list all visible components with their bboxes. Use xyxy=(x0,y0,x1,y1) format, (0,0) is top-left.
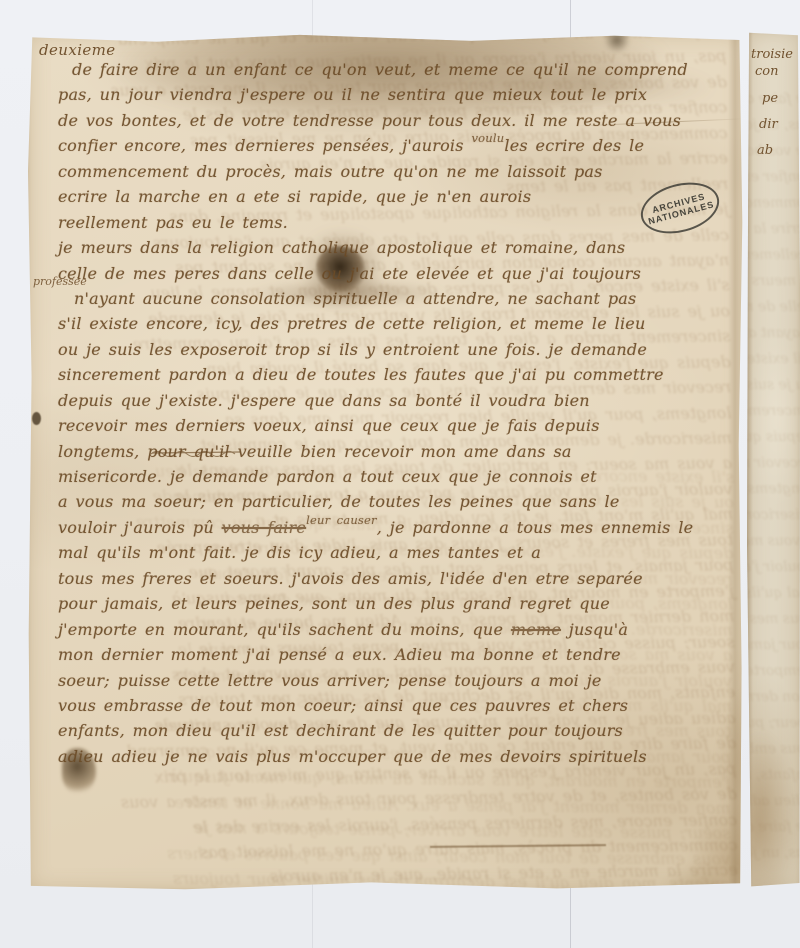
showthrough-line: j'emporte en mourant, qu'ils sachent du … xyxy=(747,663,800,689)
letter-line: tous mes freres et soeurs. j'avois des a… xyxy=(58,569,734,594)
letter-line: je meurs dans la religion catholique apo… xyxy=(58,238,734,263)
letter-line: sincerement pardon a dieu de toutes les … xyxy=(58,365,734,390)
showthrough-line: de vos bontes, et de votre tendresse pou… xyxy=(47,784,737,819)
showthrough-line: depuis que j'existe. j'espere que dans s… xyxy=(747,429,800,455)
letter-sheet-page-three-edge: de faire dire a un enfant ce qu'on veut,… xyxy=(747,31,800,889)
showthrough-line: ecrire la marche en a ete si rapide, que… xyxy=(48,861,738,891)
letter-struck-text: meme xyxy=(511,620,561,639)
showthrough-line: commencement du procès, mais outre qu'on… xyxy=(47,835,737,870)
fragment-word: con xyxy=(755,64,778,79)
letter-above-text: leur causer xyxy=(306,513,377,527)
letter-text: vouloir j'aurois pû xyxy=(58,518,222,537)
letter-line: soeur; puisse cette lettre vous arriver;… xyxy=(58,671,734,696)
letter-line: mon dernier moment j'ai pensé a eux. Adi… xyxy=(58,645,734,670)
fragment-word: troisie xyxy=(751,47,793,62)
letter-line: depuis que j'existe. j'espere que dans s… xyxy=(58,391,734,416)
margin-insertion-note: professée xyxy=(33,275,87,288)
showthrough-line: de faire dire a un enfant ce qu'on veut,… xyxy=(36,34,726,56)
showthrough-line: soeur; puisse cette lettre vous arriver;… xyxy=(747,715,800,741)
showthrough-line: commencement du procès, mais outre qu'on… xyxy=(747,195,800,221)
letter-line: recevoir mes derniers voeux, ainsi que c… xyxy=(58,416,734,441)
showthrough-line: ecrire la marche en a ete si rapide, que… xyxy=(747,221,800,247)
showthrough-line: s'il existe encore, icy, des pretres de … xyxy=(747,351,800,377)
water-stain xyxy=(749,731,799,889)
ink-showthrough-layer: de faire dire a un enfant ce qu'on veut,… xyxy=(747,91,800,871)
showthrough-line: je meurs dans la religion catholique apo… xyxy=(747,273,800,299)
letter-text: les ecrire des le xyxy=(504,136,644,155)
showthrough-line: vous embrasse de tout mon coeur; ainsi q… xyxy=(747,741,800,767)
showthrough-line: adieu adieu je ne vais plus m'occuper qu… xyxy=(747,793,800,819)
letter-line: ecrire la marche en a ete si rapide, que… xyxy=(58,187,734,212)
letter-line: commencement du procès, mais outre qu'on… xyxy=(58,162,734,187)
letter-line: mal qu'ils m'ont fait. je dis icy adieu,… xyxy=(58,543,734,568)
showthrough-line: sincerement pardon a dieu de toutes les … xyxy=(747,403,800,429)
dark-spot-stain xyxy=(603,34,631,52)
letter-body: de faire dire a un enfant ce qu'on veut,… xyxy=(58,60,734,772)
letter-line: vouloir j'aurois pû vous faireleur cause… xyxy=(58,518,734,543)
letter-line: de faire dire a un enfant ce qu'on veut,… xyxy=(58,60,734,85)
letter-text: , je pardonne a tous mes ennemis le xyxy=(377,518,694,537)
showthrough-line: recevoir mes derniers voeux, ainsi que c… xyxy=(747,455,800,481)
showthrough-line: ou je suis les exposeroit trop si ils y … xyxy=(747,377,800,403)
letter-line: pour jamais, et leurs peines, sont un de… xyxy=(58,594,734,619)
letter-line: s'il existe encore, icy, des pretres de … xyxy=(58,314,734,339)
letter-line: n'ayant aucune consolation spirituelle a… xyxy=(58,289,734,314)
showthrough-line: pas, un jour viendra j'espere ou il ne s… xyxy=(747,845,800,871)
letter-above-text: voulu xyxy=(471,131,504,145)
letter-line: reellement pas eu le tems. xyxy=(58,213,734,238)
showthrough-line: de vos bontes, et de votre tendresse pou… xyxy=(747,143,800,169)
fragment-word: ab xyxy=(757,143,773,158)
letter-line: ou je suis les exposeroit trop si ils y … xyxy=(58,340,734,365)
letter-line: j'emporte en mourant, qu'ils sachent du … xyxy=(58,620,734,645)
showthrough-line: tous mes freres et soeurs. j'avois des a… xyxy=(747,611,800,637)
ink-speck xyxy=(32,412,41,425)
showthrough-line: enfants, mon dieu qu'il est dechirant de… xyxy=(747,767,800,793)
showthrough-line: confier encore, mes dernieres pensées, j… xyxy=(47,810,737,845)
showthrough-line: celle de mes peres dans celle ou j'ai et… xyxy=(747,299,800,325)
showthrough-line: longtems, pour qu'il veuille bien recevo… xyxy=(747,481,800,507)
paper-torn-edge xyxy=(747,31,753,889)
fragment-word: dir xyxy=(759,117,778,132)
showthrough-line: de faire dire a un enfant ce qu'on veut,… xyxy=(747,819,800,845)
letter-text: jusqu'à xyxy=(561,620,628,639)
letter-line: a vous ma soeur; en particulier, de tout… xyxy=(58,492,734,517)
letter-line: vous embrasse de tout mon coeur; ainsi q… xyxy=(58,696,734,721)
struck-scribble-mark xyxy=(150,449,242,457)
letter-text: confier encore, mes dernieres pensées, j… xyxy=(58,136,471,155)
letter-line: celle de mes peres dans celle ou j'ai et… xyxy=(58,264,734,289)
letter-line: misericorde. je demande pardon a tout ce… xyxy=(58,467,734,492)
letter-line: confier encore, mes dernieres pensées, j… xyxy=(58,136,734,161)
fragment-word: pe xyxy=(762,91,778,106)
showthrough-line: misericorde. je demande pardon a tout ce… xyxy=(747,507,800,533)
showthrough-line: vous embrasse de tout mon coeur; ainsi q… xyxy=(40,842,730,875)
page-label: deuxieme xyxy=(39,41,116,59)
letter-line: adieu adieu je ne vais plus m'occuper qu… xyxy=(58,747,734,772)
showthrough-line: soeur; puisse cette lettre vous arriver;… xyxy=(40,817,730,850)
showthrough-line: pour jamais, et leurs peines, sont un de… xyxy=(747,637,800,663)
showthrough-line: vouloir j'aurois pû vous faire, je pardo… xyxy=(747,559,800,585)
showthrough-line: mon dernier moment j'ai pensé a eux. Adi… xyxy=(41,791,731,824)
showthrough-line: a vous ma soeur; en particulier, de tout… xyxy=(747,533,800,559)
showthrough-line: n'ayant aucune consolation spirituelle a… xyxy=(747,325,800,351)
letter-line: pas, un jour viendra j'espere ou il ne s… xyxy=(58,85,734,110)
showthrough-line: enfants, mon dieu qu'il est dechirant de… xyxy=(40,867,730,891)
showthrough-line: mal qu'ils m'ont fait. je dis icy adieu,… xyxy=(747,585,800,611)
pen-line xyxy=(430,844,606,848)
letter-text: j'emporte en mourant, qu'ils sachent du … xyxy=(58,620,511,639)
letter-line: de vos bontes, et de votre tendresse pou… xyxy=(58,111,734,136)
showthrough-line: mon dernier moment j'ai pensé a eux. Adi… xyxy=(747,689,800,715)
letter-sheet-page-two: de faire dire a un enfant ce qu'on veut,… xyxy=(28,34,743,891)
showthrough-line: confier encore, mes dernieres pensées, j… xyxy=(747,169,800,195)
letter-struck-text: vous faire xyxy=(222,518,306,537)
showthrough-line: reellement pas eu le tems. xyxy=(747,247,800,273)
letter-line: enfants, mon dieu qu'il est dechirant de… xyxy=(58,721,734,746)
scanned-letter-view: de faire dire a un enfant ce qu'on veut,… xyxy=(0,0,800,948)
